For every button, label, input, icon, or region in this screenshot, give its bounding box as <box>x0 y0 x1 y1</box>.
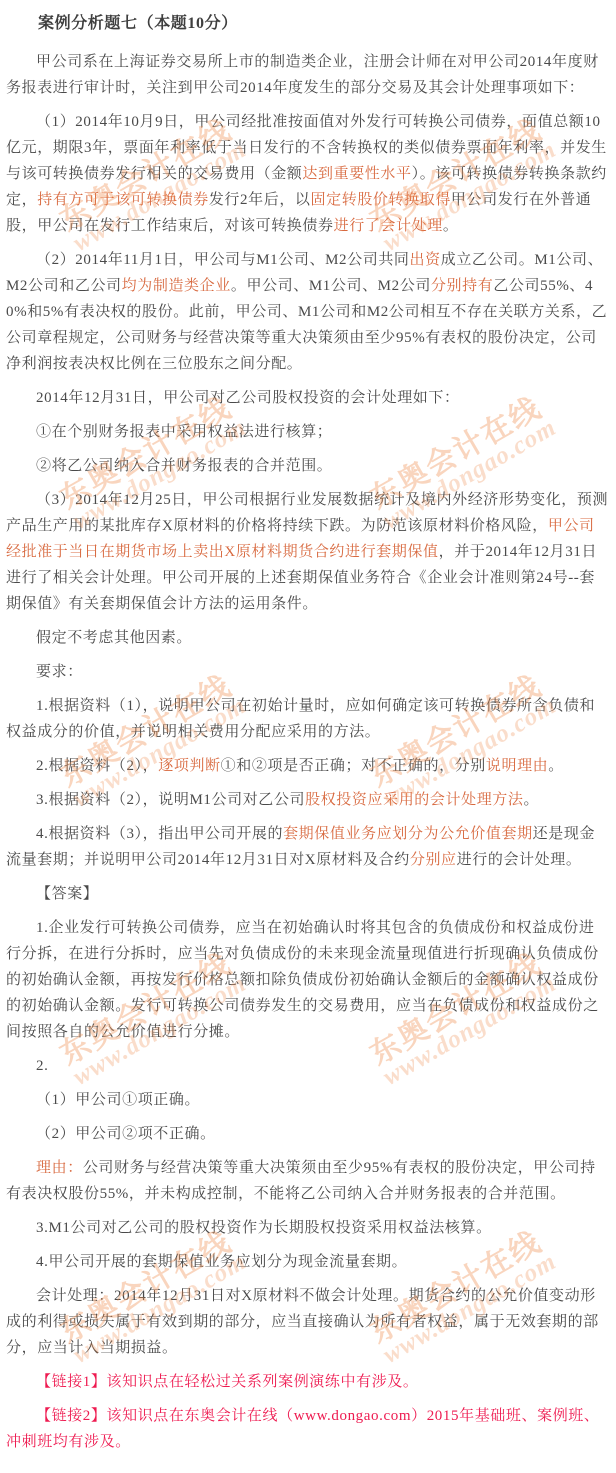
text-segment: 会计处理：2014年12月31日对X原材料不做会计处理。期货合约的公允价值变动形… <box>6 1288 599 1356</box>
requirements-heading: 要求： <box>6 659 610 685</box>
text-segment: 3.根据资料（2），说明M1公司对乙公司 <box>36 792 305 808</box>
text-segment: 。 <box>524 792 540 808</box>
answer-2-item-2: （2）甲公司②项不正确。 <box>6 1121 610 1147</box>
text-segment: 1.企业发行可转换公司债券，应当在初始确认时将其包含的负债成份和权益成份进行分拆… <box>6 920 599 1040</box>
text-segment: （3）2014年12月25日，甲公司根据行业发展数据统计及境内外经济形势变化，预… <box>6 492 608 534</box>
answer-2-item-1: （1）甲公司①项正确。 <box>6 1087 610 1113</box>
answer-4: 4.甲公司开展的套期保值业务应划分为现金流量套期。 <box>6 1249 610 1275</box>
document-body: 甲公司系在上海证券交易所上市的制造类企业，注册会计师在对甲公司2014年度财务报… <box>6 49 610 1455</box>
text-segment: 持有方可于该可转换债券 <box>37 192 209 208</box>
intro-paragraph: 甲公司系在上海证券交易所上市的制造类企业，注册会计师在对甲公司2014年度财务报… <box>6 49 610 101</box>
document-page: 案例分析题七（本题10分） 甲公司系在上海证券交易所上市的制造类企业，注册会计师… <box>0 0 616 1473</box>
text-segment: 逐项判断 <box>158 758 220 774</box>
text-segment: 发行2年后，以 <box>209 192 311 208</box>
text-segment: 达到重要性水平 <box>302 166 411 182</box>
text-segment: ②将乙公司纳入合并财务报表的合并范围。 <box>36 458 332 474</box>
text-segment: 。 <box>548 758 564 774</box>
text-segment: 4.根据资料（3），指出甲公司开展的 <box>36 826 283 842</box>
text-segment: 均为制造类企业 <box>122 278 231 294</box>
answer-1: 1.企业发行可转换公司债券，应当在初始确认时将其包含的负债成份和权益成份进行分拆… <box>6 915 610 1045</box>
text-segment: （2）2014年11月1日，甲公司与M1公司、M2公司共同 <box>36 252 410 268</box>
text-segment: 【答案】 <box>36 886 98 902</box>
text-segment: 假定不考虑其他因素。 <box>36 630 192 646</box>
text-segment: 进行了会计处理 <box>334 218 443 234</box>
text-segment: 固定转股价转换取得 <box>311 192 451 208</box>
text-segment: 理由： <box>36 1160 83 1176</box>
link-1: 【链接1】该知识点在轻松过关系列案例演练中有涉及。 <box>6 1369 610 1395</box>
item-2-processing-intro: 2014年12月31日，甲公司对乙公司股权投资的会计处理如下： <box>6 385 610 411</box>
text-segment: 3.M1公司对乙公司的股权投资作为长期股权投资采用权益法核算。 <box>36 1220 492 1236</box>
text-segment: 说明理由 <box>486 758 548 774</box>
text-segment: 甲公司系在上海证券交易所上市的制造类企业，注册会计师在对甲公司2014年度财务报… <box>6 54 599 96</box>
item-1-paragraph: （1）2014年10月9日，甲公司经批准按面值对外发行可转换公司债券，面值总额1… <box>6 109 610 239</box>
text-segment: 【链接2】该知识点在东奥会计在线（www.dongao.com）2015年基础班… <box>6 1408 600 1450</box>
requirement-4: 4.根据资料（3），指出甲公司开展的套期保值业务应划分为公允价值套期还是现金流量… <box>6 821 610 873</box>
requirement-1: 1.根据资料（1），说明甲公司在初始计量时，应如何确定该可转换债券所含负债和权益… <box>6 693 610 745</box>
answer-2-heading: 2. <box>6 1053 610 1079</box>
text-segment: 2. <box>36 1058 48 1074</box>
text-segment: 出资 <box>410 252 441 268</box>
answer-2-reason: 理由：公司财务与经营决策等重大决策须由至少95%有表权的股份决定，甲公司持有表决… <box>6 1155 610 1207</box>
assumption-paragraph: 假定不考虑其他因素。 <box>6 625 610 651</box>
item-2-point-2: ②将乙公司纳入合并财务报表的合并范围。 <box>6 453 610 479</box>
item-2-paragraph: （2）2014年11月1日，甲公司与M1公司、M2公司共同出资成立乙公司。M1公… <box>6 247 610 377</box>
text-segment: 分别应 <box>410 852 457 868</box>
item-2-point-1: ①在个别财务报表中采用权益法进行核算； <box>6 419 610 445</box>
link-2: 【链接2】该知识点在东奥会计在线（www.dongao.com）2015年基础班… <box>6 1403 610 1455</box>
item-3-paragraph: （3）2014年12月25日，甲公司根据行业发展数据统计及境内外经济形势变化，预… <box>6 487 610 617</box>
text-segment: 。 <box>443 218 459 234</box>
answer-3: 3.M1公司对乙公司的股权投资作为长期股权投资采用权益法核算。 <box>6 1215 610 1241</box>
text-segment: ①和②项是否正确；对不正确的，分别 <box>221 758 486 774</box>
text-segment: 2014年12月31日，甲公司对乙公司股权投资的会计处理如下： <box>36 390 460 406</box>
text-segment: 。甲公司、M1公司、M2公司 <box>231 278 431 294</box>
text-segment: 2.根据资料（2）， <box>36 758 158 774</box>
text-segment: 股权投资应采用的会计处理方法 <box>305 792 523 808</box>
text-segment: 套期保值业务应划分为公允价值套期 <box>283 826 533 842</box>
text-segment: 1.根据资料（1），说明甲公司在初始计量时，应如何确定该可转换债券所含负债和权益… <box>6 698 595 740</box>
text-segment: 4.甲公司开展的套期保值业务应划分为现金流量套期。 <box>36 1254 407 1270</box>
answer-4-accounting: 会计处理：2014年12月31日对X原材料不做会计处理。期货合约的公允价值变动形… <box>6 1283 610 1361</box>
requirement-3: 3.根据资料（2），说明M1公司对乙公司股权投资应采用的会计处理方法。 <box>6 787 610 813</box>
text-segment: 进行的会计处理。 <box>457 852 582 868</box>
question-title: 案例分析题七（本题10分） <box>6 10 610 33</box>
requirement-2: 2.根据资料（2），逐项判断①和②项是否正确；对不正确的，分别说明理由。 <box>6 753 610 779</box>
text-segment: 【链接1】该知识点在轻松过关系列案例演练中有涉及。 <box>36 1374 419 1390</box>
text-segment: ①在个别财务报表中采用权益法进行核算； <box>36 424 332 440</box>
text-segment: 分别持有 <box>431 278 493 294</box>
text-segment: （1）甲公司①项正确。 <box>36 1092 200 1108</box>
text-segment: 公司财务与经营决策等重大决策须由至少95%有表权的股份决定，甲公司持有表决权股份… <box>6 1160 596 1202</box>
text-segment: 要求： <box>36 664 83 680</box>
text-segment: （2）甲公司②项不正确。 <box>36 1126 216 1142</box>
answer-heading: 【答案】 <box>6 881 610 907</box>
